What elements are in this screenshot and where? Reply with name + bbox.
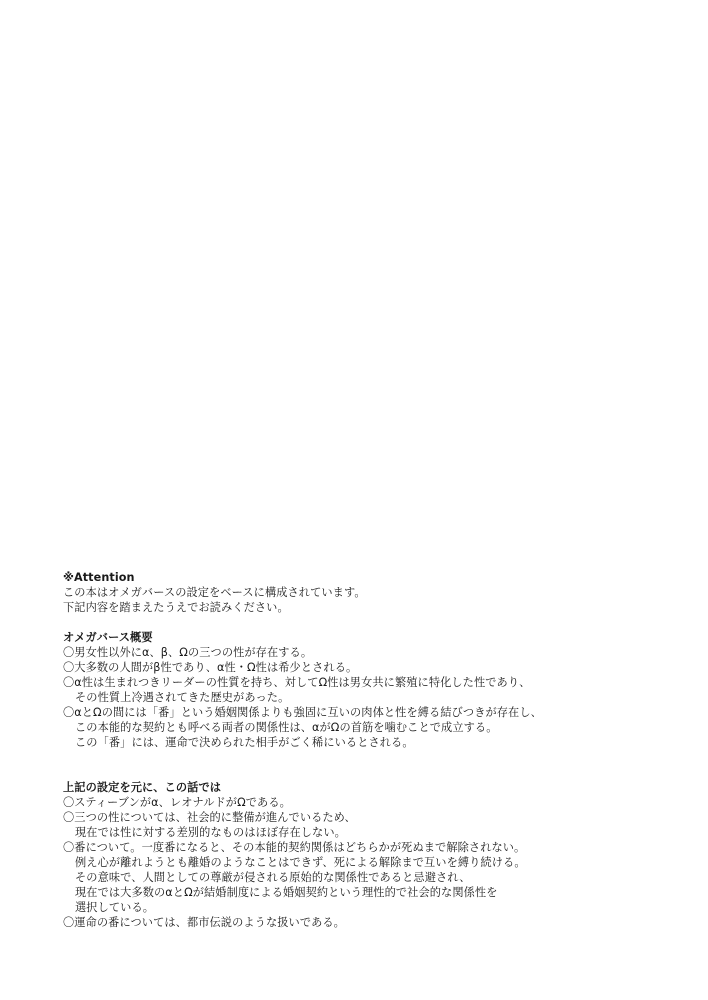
attention-heading: ※Attention [63, 570, 683, 585]
story-line: 例え心が離れようとも離婚のようなことはできず、死による解除まで互いを縛り続ける。 [63, 855, 683, 870]
overview-line: その性質上冷遇されてきた歴史があった。 [63, 690, 683, 705]
attention-line: この本はオメガバースの設定をベースに構成されています。 [63, 585, 683, 600]
overview-line: 〇α性は生まれつきリーダーの性質を持ち、対してΩ性は男女共に繁殖に特化した性であ… [63, 675, 683, 690]
story-heading: 上記の設定を元に、この話では [63, 780, 683, 795]
overview-line: 〇αとΩの間には「番」という婚姻関係よりも強固に互いの肉体と性を縛る結びつきが存… [63, 705, 683, 720]
attention-page: ※Attention この本はオメガバースの設定をベースに構成されています。 下… [63, 570, 683, 930]
story-line: 〇運命の番については、都市伝説のような扱いである。 [63, 915, 683, 930]
overview-line: この本能的な契約とも呼べる両者の関係性は、αがΩの首筋を噛むことで成立する。 [63, 720, 683, 735]
overview-line: この「番」には、運命で決められた相手がごく稀にいるとされる。 [63, 735, 683, 750]
overview-line: 〇男女性以外にα、β、Ωの三つの性が存在する。 [63, 645, 683, 660]
story-line: 〇三つの性については、社会的に整備が進んでいるため、 [63, 810, 683, 825]
story-line: 〇番について。一度番になると、その本能的契約関係はどちらかが死ぬまで解除されない… [63, 840, 683, 855]
story-line: 選択している。 [63, 900, 683, 915]
story-line: 現在では大多数のαとΩが結婚制度による婚姻契約という理性的で社会的な関係性を [63, 885, 683, 900]
spacer [63, 615, 683, 630]
attention-line: 下記内容を踏まえたうえでお読みください。 [63, 600, 683, 615]
story-line: その意味で、人間としての尊厳が侵される原始的な関係性であると忌避され、 [63, 870, 683, 885]
overview-heading: オメガバース概要 [63, 630, 683, 645]
story-line: 現在では性に対する差別的なものはほぼ存在しない。 [63, 825, 683, 840]
spacer [63, 750, 683, 780]
overview-line: 〇大多数の人間がβ性であり、α性・Ω性は希少とされる。 [63, 660, 683, 675]
story-line: 〇スティーブンがα、レオナルドがΩである。 [63, 795, 683, 810]
